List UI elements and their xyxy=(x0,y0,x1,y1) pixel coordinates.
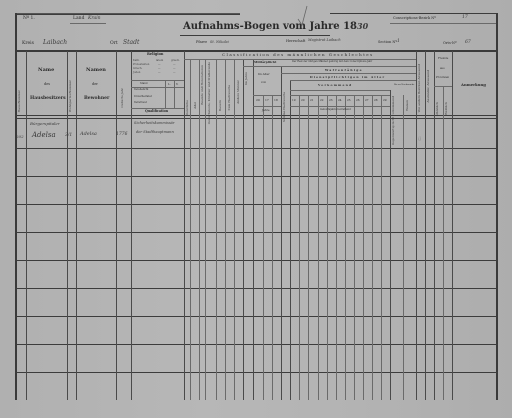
age-col: 19 xyxy=(292,99,296,102)
conscription-label: Conscriptions-Bezirk Nº xyxy=(393,17,436,21)
land-value: Krain xyxy=(88,17,101,22)
col-line xyxy=(290,80,291,400)
year-value: 30 xyxy=(357,21,368,31)
col-line-thin xyxy=(234,60,235,400)
col-line-thin xyxy=(372,95,373,400)
age-col: 23 xyxy=(329,99,333,102)
conscription-value: 17 xyxy=(462,16,468,21)
frame-right xyxy=(496,13,498,400)
age-col: 24 xyxy=(338,99,342,102)
col-line xyxy=(116,51,117,400)
col-line-thin xyxy=(354,95,355,400)
land-label: Land xyxy=(73,17,84,22)
alter-col: 20 xyxy=(256,99,260,102)
col-line xyxy=(131,51,132,400)
age-col: 28 xyxy=(374,99,378,102)
religion-a: — xyxy=(158,71,161,75)
col-line-thin xyxy=(263,95,264,400)
entry-marks: ij xyxy=(418,137,421,142)
im-alter-label: Im Alter xyxy=(258,73,270,76)
form-number: Nº 1. xyxy=(23,17,35,22)
section-label: Section Nº xyxy=(378,41,397,45)
militaerpflicht-title: Militärpflicht xyxy=(254,61,276,64)
col-line-thin xyxy=(190,60,191,400)
col-line xyxy=(26,51,27,400)
stand-row: Verehelicht xyxy=(134,89,148,92)
conscription-underline xyxy=(390,23,496,24)
entry-hausbesitzer-line2: Adelsa xyxy=(32,132,56,139)
col-line xyxy=(243,60,244,400)
class-col-header: Geistliche xyxy=(186,100,189,115)
fremde-col: Männlich xyxy=(436,102,439,116)
fremde-title-2: aus xyxy=(440,68,445,71)
summe-nachwuchs-header: Summe Nachwuchs xyxy=(283,92,286,122)
religion-label: Protestanten xyxy=(133,63,149,66)
col-line-thin xyxy=(308,95,309,400)
stand-row: Verwitwet xyxy=(134,102,147,105)
col-line-thin xyxy=(363,95,364,400)
pencil-check-icon xyxy=(296,5,308,27)
haus-nummer-header: Haus-Nummer xyxy=(18,90,21,112)
religion-title: Religion xyxy=(147,53,163,57)
col-line xyxy=(76,51,77,400)
frame-top-right xyxy=(330,13,496,14)
title-underline xyxy=(180,35,330,36)
geburtsjahr-header: Geburts-Jahr xyxy=(121,88,124,108)
militaer-divider xyxy=(243,66,281,67)
kreis-value: Laibach xyxy=(43,40,67,46)
religion-b: — xyxy=(173,71,176,75)
stand-col-line xyxy=(165,80,166,108)
class-col-header: Zum Nachwuchs xyxy=(228,85,231,111)
namen-header-line1: Namen xyxy=(86,68,106,73)
religion-table: Kath.lateingriech. Protestanten—— Griech… xyxy=(133,59,183,75)
religion-label: Juden xyxy=(133,71,140,74)
entry-geburtsjahr: 1776 xyxy=(116,133,127,138)
col-line-thin xyxy=(336,95,337,400)
right-vcol-header: Gegenwärtig nicht vorkommend xyxy=(392,96,395,145)
class-col-header: Bauern xyxy=(219,100,222,111)
col-line xyxy=(425,51,426,400)
vorkommend-divider xyxy=(290,90,390,91)
class-col-header: Gewerbsleute, Künstler und Studierende xyxy=(208,62,211,124)
fremde-title-3: Provinzen xyxy=(436,77,449,80)
vorkommend-label: Vorkommend xyxy=(318,84,352,87)
census-form-page: Nº 1. Land Krain Aufnahms-Bogen vom Jahr… xyxy=(0,0,512,418)
religion-divider xyxy=(131,80,184,81)
col-line-thin xyxy=(345,95,346,400)
col-line-thin xyxy=(299,95,300,400)
col-line-thin xyxy=(225,60,226,400)
stand-col-b: V. xyxy=(176,83,178,86)
age-col: 22 xyxy=(320,99,324,102)
jahre-label: Jahre xyxy=(262,109,270,112)
fremde-divider xyxy=(434,86,452,87)
waffenfaehig-title: Waffenfähige xyxy=(325,69,363,72)
dienstpflichtig-title: Dienstpflichtigen im Alter xyxy=(310,76,385,79)
entry-bewohner: Adelsa xyxy=(80,132,97,137)
alter-col: 17 xyxy=(265,99,269,102)
alter-divider xyxy=(253,95,281,96)
dienst-divider xyxy=(290,80,416,81)
ort-label: Ort xyxy=(110,42,118,47)
qualification-header: Qualification xyxy=(145,110,168,113)
pfarre-label: Pfarre xyxy=(196,41,207,45)
age-col: 20 xyxy=(301,99,305,102)
entry-wohnpartei: 3/1 xyxy=(65,134,72,139)
wohnpartei-header: Wohnpartei-Nummer xyxy=(69,80,72,112)
title-text: Aufnahms-Bogen vom Jahre 18 xyxy=(183,21,357,32)
kreis-label: Kreis xyxy=(22,42,34,47)
age-col: 29 xyxy=(383,99,387,102)
name-header-line1: Name xyxy=(38,68,54,73)
entry-hausbesitzer-line1: Bürgerspitaler xyxy=(30,122,60,126)
herrschaft-value: Magistrat Laibach xyxy=(308,39,341,43)
col-line xyxy=(452,51,453,400)
entry-qualification-line1: Sicherheitskommissär xyxy=(134,122,175,126)
col-line-thin xyxy=(327,95,328,400)
col-line-thin xyxy=(216,60,217,400)
fremde-title-1: Fremde xyxy=(438,58,448,61)
col-line-thin xyxy=(318,95,319,400)
right-vcol-header: Waisen xyxy=(406,100,409,111)
col-line-thin xyxy=(205,60,206,400)
age-col: 27 xyxy=(365,99,369,102)
namen-header-line2: der xyxy=(92,83,98,87)
right-vcol-header: Von andern Bezirken Anwesend xyxy=(418,64,421,112)
age-col: 25 xyxy=(347,99,351,102)
stand-title: Stand xyxy=(140,83,147,86)
religion-row: Juden—— xyxy=(133,71,183,75)
age-divider xyxy=(290,95,390,96)
ort-value: Stadt xyxy=(123,40,139,46)
entry-haus-nummer: 202 xyxy=(16,135,24,139)
age-col: 21 xyxy=(310,99,314,102)
name-header-line3: Hausbesitzers xyxy=(30,97,66,102)
name-header-line2: des xyxy=(44,83,50,87)
class-col-header: Adel xyxy=(194,102,197,109)
namen-header-line3: Bewohner xyxy=(84,97,109,102)
orts-label: Orts-Nº xyxy=(443,42,457,46)
stand-row: Unverheiratet xyxy=(134,96,152,99)
alter-col: 18 xyxy=(274,99,278,102)
col-line-thin xyxy=(403,95,404,400)
col-line-thin xyxy=(272,95,273,400)
im-jahr-label: Im Jahre xyxy=(245,72,248,85)
page-title: Aufnahms-Bogen vom Jahre 1830 xyxy=(183,22,368,32)
rest-divider xyxy=(281,66,416,67)
waffen-divider xyxy=(281,73,416,74)
anmerkung-header: Anmerkung xyxy=(461,83,486,87)
orts-value: 67 xyxy=(465,41,471,46)
pfarre-value: St. Nikolai xyxy=(210,41,229,45)
religion-label: Kath. xyxy=(133,59,140,62)
fremde-col: Weiblich xyxy=(445,102,448,115)
col-line-thin xyxy=(381,95,382,400)
class-col-header: Beamte und Honoratioren xyxy=(201,65,204,105)
age-col: 26 xyxy=(356,99,360,102)
religion-label: Griech. xyxy=(133,67,142,70)
rest-header: Der Rest der übrigen Männer gehörig mit … xyxy=(292,61,372,63)
bis-zu-label: Bis zu Nachwuchs xyxy=(394,84,414,86)
geburtsjahr-footer-divider xyxy=(290,106,390,107)
geburtsjahr-footer: Geburtsjahre betreffend xyxy=(320,109,351,112)
land-underline xyxy=(70,23,106,24)
entry-qualification-line2: der Stadthauptmann xyxy=(136,131,174,135)
von-label: von xyxy=(261,81,266,84)
section-value: 1 xyxy=(397,40,400,45)
class-col-header: Andere Männer xyxy=(237,80,240,104)
col-line-thin xyxy=(443,86,444,400)
stand-col-a: L. xyxy=(168,83,171,86)
stand-col-line xyxy=(174,80,175,108)
jahre-divider xyxy=(253,106,281,107)
col-line xyxy=(253,60,254,400)
herrschaft-label: Herrschaft xyxy=(286,40,305,44)
frame-left xyxy=(15,13,17,400)
frame-top-line xyxy=(15,14,240,15)
col-line-thin xyxy=(199,60,200,400)
classification-title: Classification des männlichen Geschlecht… xyxy=(222,53,374,57)
right-vcol-header: Ausländer, Anwesend xyxy=(427,70,430,103)
